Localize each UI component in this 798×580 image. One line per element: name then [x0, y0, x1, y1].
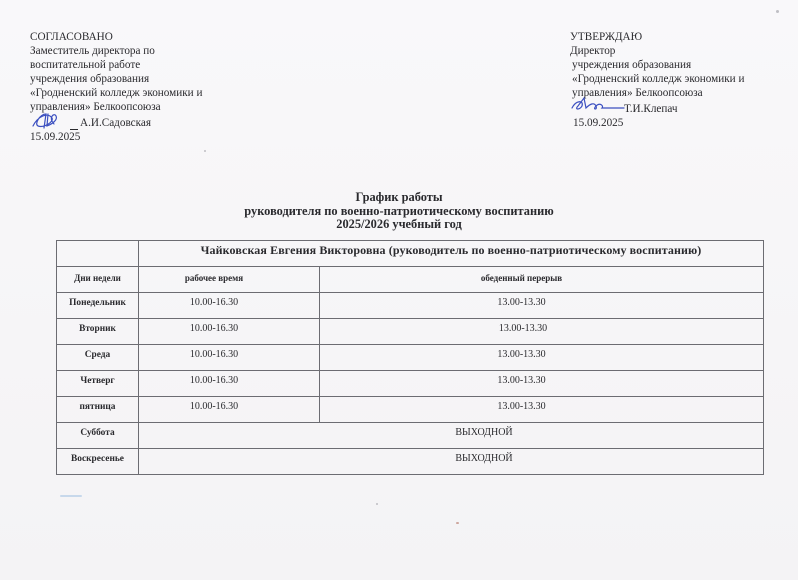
- table-row: Четверг 10.00-16.30 13.00-13.30: [57, 371, 764, 397]
- lunch-break: 13.00-13.30: [320, 319, 764, 345]
- day-name: Вторник: [57, 319, 139, 345]
- table-row-day-off: Суббота ВЫХОДНОЙ: [57, 423, 764, 449]
- table-row: Среда 10.00-16.30 13.00-13.30: [57, 345, 764, 371]
- work-time: 10.00-16.30: [139, 345, 320, 371]
- signature-underline: [70, 117, 78, 130]
- table-header-row: Дни недели рабочее время обеденный перер…: [57, 267, 764, 293]
- table-row: пятница 10.00-16.30 13.00-13.30: [57, 397, 764, 423]
- approval-line: Директор: [570, 44, 744, 58]
- day-name: Понедельник: [57, 293, 139, 319]
- approval-line: Заместитель директора по: [30, 44, 202, 58]
- day-name: Четверг: [57, 371, 139, 397]
- table-row: Понедельник 10.00-16.30 13.00-13.30: [57, 293, 764, 319]
- column-header-days: Дни недели: [57, 267, 139, 293]
- signature-line: А.И.Садовская: [30, 114, 202, 130]
- approval-line: учреждения образования: [570, 58, 744, 72]
- day-name: Воскресенье: [57, 449, 139, 475]
- approval-line: учреждения образования: [30, 72, 202, 86]
- signer-name: Т.И.Клепач: [624, 102, 678, 116]
- approval-line: воспитательной работе: [30, 58, 202, 72]
- approval-date: 15.09.2025: [30, 130, 202, 144]
- work-time: 10.00-16.30: [139, 319, 320, 345]
- scan-speck: [204, 150, 206, 152]
- work-time: 10.00-16.30: [139, 293, 320, 319]
- lunch-break: 13.00-13.30: [320, 371, 764, 397]
- title-line: График работы: [0, 191, 798, 205]
- approval-line: «Гродненский колледж экономики и: [570, 72, 744, 86]
- approval-line: «Гродненский колледж экономики и: [30, 86, 202, 100]
- document-title: График работы руководителя по военно-пат…: [0, 191, 798, 232]
- table-row-day-off: Воскресенье ВЫХОДНОЙ: [57, 449, 764, 475]
- approval-block-agreed: СОГЛАСОВАНО Заместитель директора по вос…: [30, 30, 202, 144]
- document-page: СОГЛАСОВАНО Заместитель директора по вос…: [0, 0, 798, 580]
- day-name: Суббота: [57, 423, 139, 449]
- signer-name: А.И.Садовская: [80, 116, 151, 130]
- scan-speck: [456, 522, 459, 524]
- person-name: Чайковская Евгения Викторовна (руководит…: [139, 241, 764, 267]
- handwritten-signature-icon: [30, 114, 68, 130]
- signature-line: Т.И.Клепач: [570, 100, 744, 116]
- academic-year: 2025/2026 учебный год: [0, 218, 798, 232]
- day-name: пятница: [57, 397, 139, 423]
- table-row-person: Чайковская Евгения Викторовна (руководит…: [57, 241, 764, 267]
- approval-block-approved: УТВЕРЖДАЮ Директор учреждения образовани…: [570, 30, 744, 130]
- lunch-break: 13.00-13.30: [320, 293, 764, 319]
- day-off-label: ВЫХОДНОЙ: [139, 449, 764, 475]
- scan-speck: [776, 10, 779, 13]
- work-time: 10.00-16.30: [139, 371, 320, 397]
- scan-speck: [376, 503, 378, 505]
- approval-heading: УТВЕРЖДАЮ: [570, 30, 744, 44]
- day-name: Среда: [57, 345, 139, 371]
- empty-cell: [57, 241, 139, 267]
- scan-speck: [60, 495, 82, 497]
- day-off-label: ВЫХОДНОЙ: [139, 423, 764, 449]
- approval-date: 15.09.2025: [570, 116, 744, 130]
- work-time: 10.00-16.30: [139, 397, 320, 423]
- lunch-break: 13.00-13.30: [320, 345, 764, 371]
- approval-heading: СОГЛАСОВАНО: [30, 30, 202, 44]
- handwritten-signature-icon: [570, 100, 622, 116]
- lunch-break: 13.00-13.30: [320, 397, 764, 423]
- title-subline: руководителя по военно-патриотическому в…: [0, 205, 798, 219]
- column-header-work-time: рабочее время: [139, 267, 320, 293]
- schedule-table: Чайковская Евгения Викторовна (руководит…: [56, 240, 764, 475]
- column-header-lunch-break: обеденный перерыв: [320, 267, 764, 293]
- table-row: Вторник 10.00-16.30 13.00-13.30: [57, 319, 764, 345]
